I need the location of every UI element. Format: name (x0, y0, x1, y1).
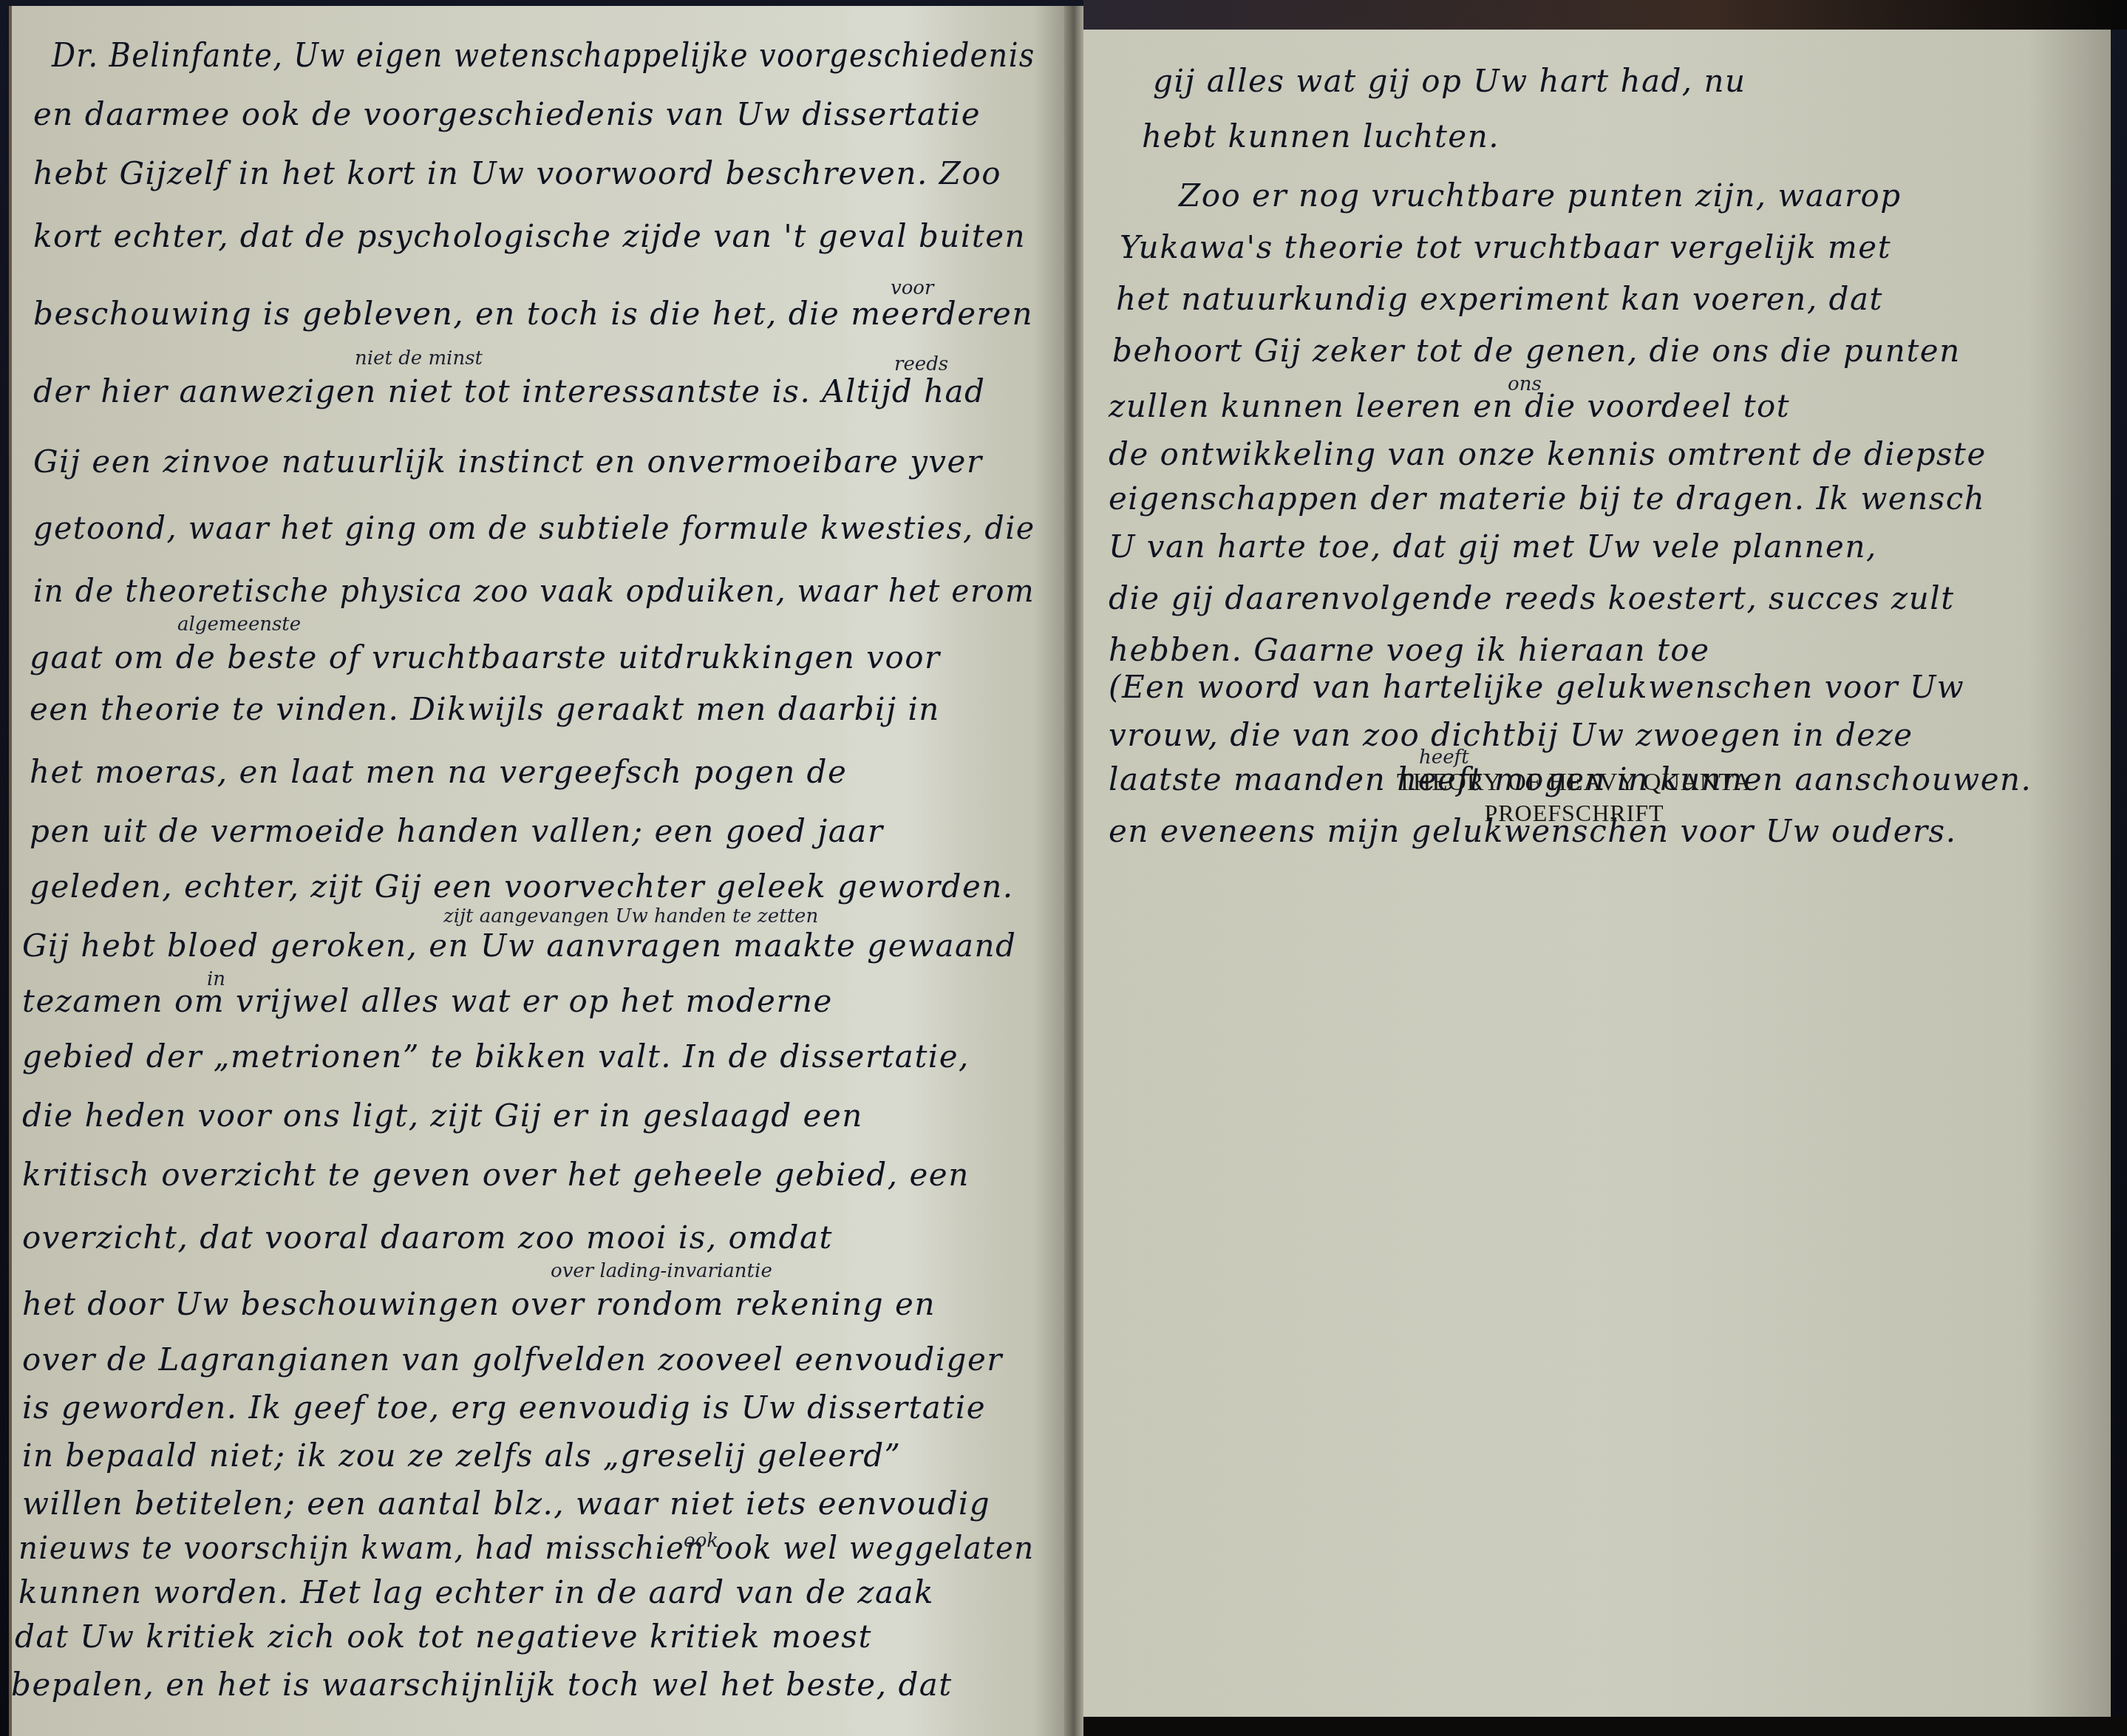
handwritten-line: nieuws te voorschijn kwam, had misschien… (18, 1530, 1035, 1566)
handwritten-line: Gij een zinvoe natuurlijk instinct en on… (33, 443, 983, 480)
book-cover-bottom-edge (1083, 1717, 2127, 1736)
handwritten-line: kort echter, dat de psychologische zijde… (33, 218, 1026, 254)
handwritten-line: eigenschappen der materie bij te dragen.… (1109, 480, 1985, 517)
handwritten-line: in bepaald niet; ik zou ze zelfs als „gr… (22, 1437, 902, 1474)
handwritten-line: tezamen om vrijwel alles wat er op het m… (22, 983, 833, 1019)
handwritten-line: behoort Gij zeker tot de genen, die ons … (1112, 333, 1961, 369)
interlinear-insert: heeft (1419, 746, 1469, 769)
handwritten-line: hebt Gijzelf in het kort in Uw voorwoord… (33, 155, 1001, 191)
handwritten-line: de ontwikkeling van onze kennis omtrent … (1109, 436, 1987, 472)
interlinear-insert: algemeenste (177, 613, 301, 636)
handwritten-line: het door Uw beschouwingen over rondom re… (22, 1286, 936, 1322)
handwritten-line: der hier aanwezigen niet tot interessant… (33, 373, 985, 409)
handwritten-line: zullen kunnen leeren en die voordeel tot (1109, 388, 1790, 424)
handwritten-line: gij alles wat gij op Uw hart had, nu (1153, 63, 1746, 99)
handwritten-line: hebt kunnen luchten. (1142, 118, 1500, 154)
interlinear-insert: reeds (894, 353, 948, 375)
printed-subtitle: PROEFSCHRIFT (1389, 800, 1759, 827)
book-cover-top-edge (1083, 0, 2127, 30)
interlinear-insert: ook (684, 1530, 718, 1552)
handwritten-line: geleden, echter, zijt Gij een voorvechte… (30, 868, 1014, 905)
handwritten-line: hebben. Gaarne voeg ik hieraan toe (1109, 632, 1710, 668)
handwritten-line: Gij hebt bloed geroken, en Uw aanvragen … (22, 927, 1016, 964)
handwritten-line: kritisch overzicht te geven over het geh… (22, 1157, 970, 1193)
interlinear-insert: voor (891, 277, 933, 299)
book-photo: Dr. Belinfante, Uw eigen wetenschappelij… (0, 0, 2127, 1736)
handwritten-line: overzicht, dat vooral daarom zoo mooi is… (22, 1219, 833, 1256)
handwritten-line: in de theoretische physica zoo vaak opdu… (33, 573, 1035, 609)
handwritten-line: en daarmee ook de voorgeschiedenis van U… (33, 96, 981, 132)
handwritten-line: vrouw, die van zoo dichtbij Uw zwoegen i… (1109, 717, 1913, 753)
interlinear-insert: in (207, 968, 225, 990)
handwritten-line: pen uit de vermoeide handen vallen; een … (30, 813, 883, 849)
handwritten-line: gaat om de beste of vruchtbaarste uitdru… (30, 639, 941, 675)
handwritten-line: Yukawa's theorie tot vruchtbaar vergelij… (1120, 229, 1891, 265)
book-spine (1064, 6, 1083, 1736)
interlinear-insert: niet de minst (355, 347, 483, 370)
handwritten-line: Dr. Belinfante, Uw eigen wetenschappelij… (52, 37, 1035, 75)
handwritten-line: getoond, waar het ging om de subtiele fo… (33, 510, 1035, 546)
handwritten-line: dat Uw kritiek zich ook tot negatieve kr… (15, 1618, 872, 1655)
handwritten-line: U van harte toe, dat gij met Uw vele pla… (1109, 528, 1877, 565)
handwritten-line: het moeras, en laat men na vergeefsch po… (30, 754, 847, 790)
handwritten-line: over de Lagrangianen van golfvelden zoov… (22, 1341, 1003, 1378)
handwritten-line: (Een woord van hartelijke gelukwenschen … (1109, 669, 1964, 705)
handwritten-line: willen betitelen; een aantal blz., waar … (22, 1485, 990, 1522)
handwritten-line: Zoo er nog vruchtbare punten zijn, waaro… (1179, 177, 1902, 214)
handwritten-line: die gij daarenvolgende reeds koestert, s… (1109, 580, 1955, 616)
handwritten-line: bepalen, en het is waarschijnlijk toch w… (11, 1667, 953, 1703)
handwritten-line: is geworden. Ik geef toe, erg eenvoudig … (22, 1389, 986, 1426)
handwritten-line: een theorie te vinden. Dikwijls geraakt … (30, 691, 940, 727)
interlinear-insert: zijt aangevangen Uw handen te zetten (443, 905, 818, 927)
printed-title: THEORY OF HEAVY QUANTA (1389, 769, 1759, 797)
interlinear-insert: ons (1508, 373, 1542, 395)
handwritten-line: kunnen worden. Het lag echter in de aard… (18, 1574, 934, 1610)
interlinear-insert: over lading-invariantie (551, 1260, 772, 1282)
handwritten-line: het natuurkundig experiment kan voeren, … (1116, 281, 1883, 317)
handwritten-line: die heden voor ons ligt, zijt Gij er in … (22, 1097, 863, 1134)
handwritten-line: beschouwing is gebleven, en toch is die … (33, 296, 1033, 332)
handwritten-line: gebied der „metrionen” te bikken valt. I… (22, 1038, 970, 1075)
